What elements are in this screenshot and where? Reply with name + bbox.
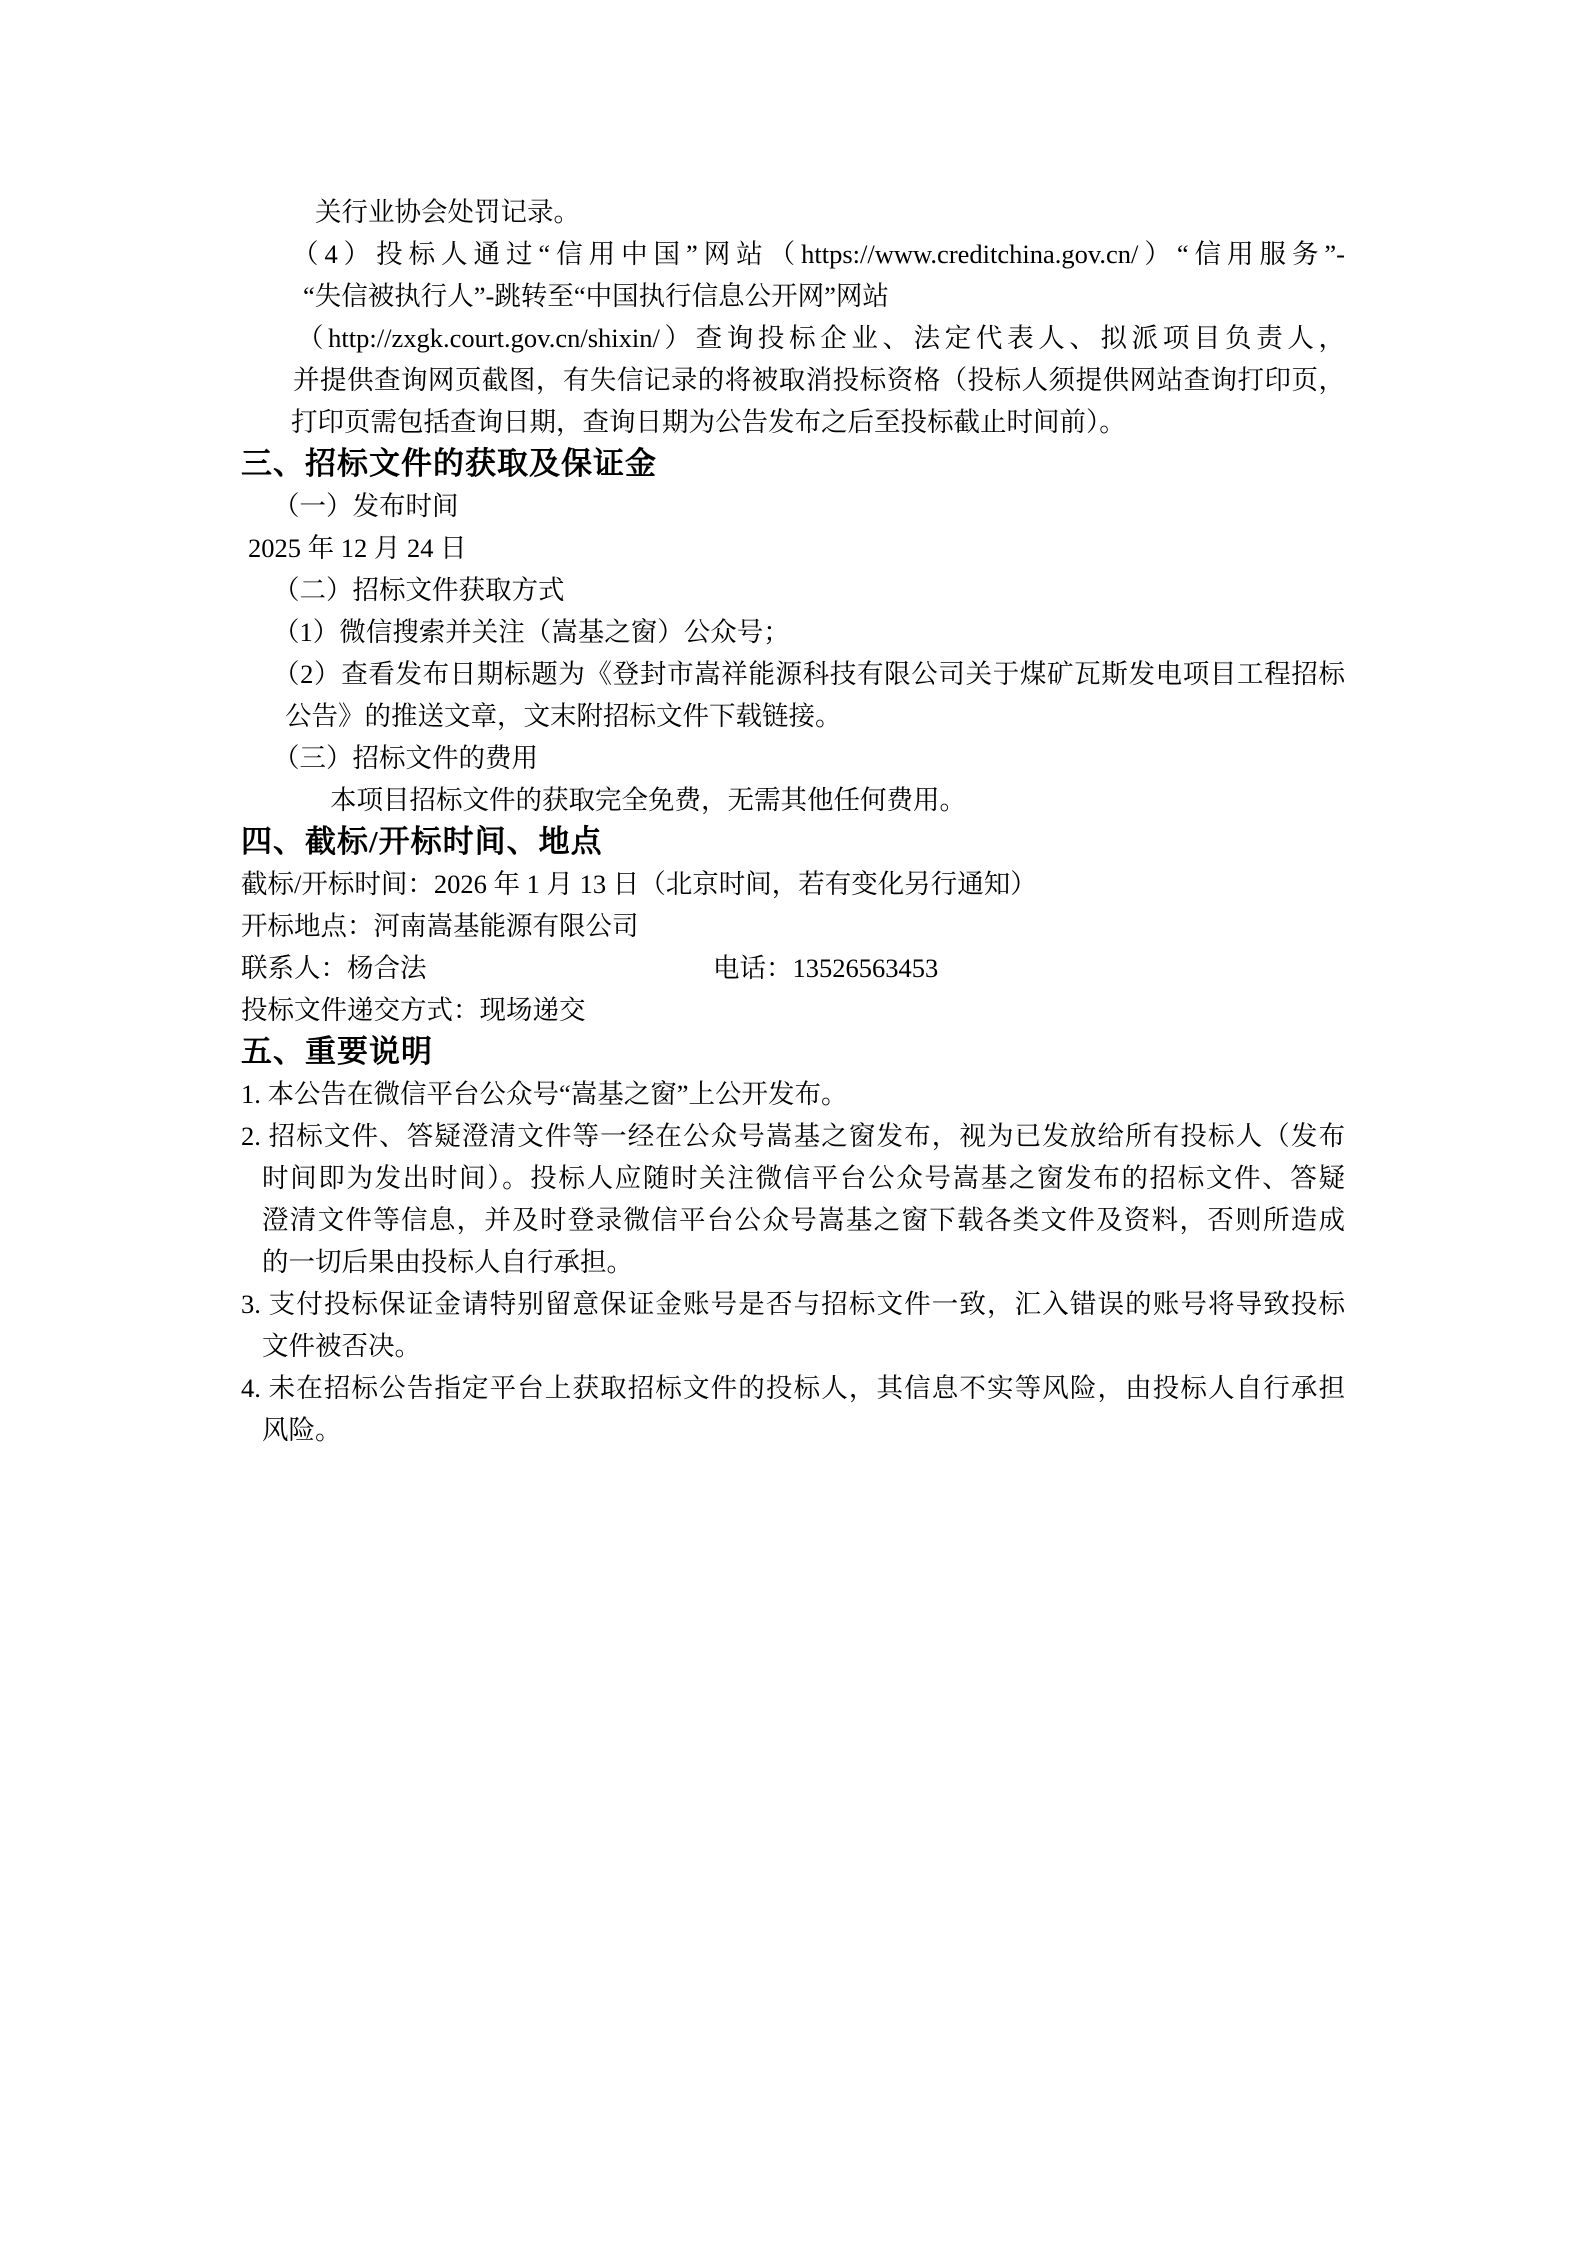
doc-line-text: （三）招标文件的费用 [273,743,538,773]
item4-line-2: “失信被执行人”-跳转至“中国执行信息公开网”网站 [303,275,1587,317]
note-4-line-1: 4. 未在招标公告指定平台上获取招标文件的投标人，其信息不实等风险，由投标人自行… [241,1367,1345,1409]
doc-line-text: 公告》的推送文章，文末附招标文件下载链接。 [285,701,842,731]
section-3-sub-2-heading: （二）招标文件获取方式 [273,569,1587,611]
submission-method-line: 投标文件递交方式：现场递交 [241,989,1587,1031]
note-3-line-2: 文件被否决。 [262,1325,1587,1367]
section-3-sub-3-heading: （三）招标文件的费用 [273,737,1587,779]
note-2-line-1: 2. 招标文件、答疑澄清文件等一经在公众号嵩基之窗发布，视为已发放给所有投标人（… [241,1115,1345,1157]
obtain-method-2-line-2: 公告》的推送文章，文末附招标文件下载链接。 [285,695,1587,737]
item4-line-1: （4）投标人通过“信用中国”网站（https://www.creditchina… [292,233,1345,275]
doc-line-text: 截标/开标时间：2026 年 1 月 13 日（北京时间，若有变化另行通知） [241,869,1037,899]
item4-line-5: 打印页需包括查询日期，查询日期为公告发布之后至投标截止时间前）。 [291,401,1587,443]
fee-statement-line: 本项目招标文件的获取完全免费，无需其他任何费用。 [330,779,1587,821]
section-5-heading: 五、重要说明 [241,1031,1587,1073]
obtain-method-1-line: （1）微信搜索并关注（嵩基之窗）公众号； [273,611,1587,653]
doc-line-text: 打印页需包括查询日期，查询日期为公告发布之后至投标截止时间前）。 [291,407,1126,437]
doc-line-text: 1. 本公告在微信平台公众号“嵩基之窗”上公开发布。 [241,1079,848,1109]
doc-line-text: 投标文件递交方式：现场递交 [241,995,586,1025]
obtain-method-2-line-1: （2）查看发布日期标题为《登封市嵩祥能源科技有限公司关于煤矿瓦斯发电项目工程招标 [273,653,1345,695]
note-1-line: 1. 本公告在微信平台公众号“嵩基之窗”上公开发布。 [241,1073,1587,1115]
item4-line-3: （http://zxgk.court.gov.cn/shixin/）查询投标企业… [297,317,1345,359]
note-4-line-2: 风险。 [262,1409,1587,1451]
note-2-line-3: 澄清文件等信息，并及时登录微信平台公众号嵩基之窗下载各类文件及资料，否则所造成 [262,1199,1345,1241]
doc-line-text: “失信被执行人”-跳转至“中国执行信息公开网”网站 [303,281,889,311]
section-3-sub-1-heading: （一）发布时间 [273,485,1587,527]
doc-line-text: （1）微信搜索并关注（嵩基之窗）公众号； [273,617,790,647]
doc-line-text: 五、重要说明 [241,1034,433,1069]
doc-line-text: 三、招标文件的获取及保证金 [241,446,657,481]
item3-continuation-line: 关行业协会处罚记录。 [315,191,1587,233]
doc-line-secondary-text: 电话：13526563453 [713,947,938,989]
deadline-time-line: 截标/开标时间：2026 年 1 月 13 日（北京时间，若有变化另行通知） [241,863,1587,905]
release-date-line: 2025 年 12 月 24 日 [248,527,1587,569]
section-3-heading: 三、招标文件的获取及保证金 [241,443,1587,485]
doc-line-text: 的一切后果由投标人自行承担。 [262,1247,633,1277]
doc-line-text: 风险。 [262,1415,342,1445]
doc-line-text: （二）招标文件获取方式 [273,575,565,605]
doc-line-text: 文件被否决。 [262,1331,421,1361]
note-3-line-1: 3. 支付投标保证金请特别留意保证金账号是否与招标文件一致，汇入错误的账号将导致… [241,1283,1345,1325]
open-location-line: 开标地点：河南嵩基能源有限公司 [241,905,1587,947]
document-body: 关行业协会处罚记录。 （4）投标人通过“信用中国”网站（https://www.… [0,191,1587,1451]
doc-line-text: 开标地点：河南嵩基能源有限公司 [241,911,639,941]
doc-line-text: 四、截标/开标时间、地点 [241,824,603,859]
doc-line-text: 本项目招标文件的获取完全免费，无需其他任何费用。 [330,785,966,815]
doc-line-text: （一）发布时间 [273,491,459,521]
document-page: 关行业协会处罚记录。 （4）投标人通过“信用中国”网站（https://www.… [0,0,1587,2245]
doc-line-text: 关行业协会处罚记录。 [315,197,580,227]
contact-line: 联系人：杨合法 电话：13526563453 [241,947,1587,989]
note-2-line-2: 时间即为发出时间）。投标人应随时关注微信平台公众号嵩基之窗发布的招标文件、答疑 [262,1157,1345,1199]
note-2-line-4: 的一切后果由投标人自行承担。 [262,1241,1587,1283]
section-4-heading: 四、截标/开标时间、地点 [241,821,1587,863]
doc-line-text: 2025 年 12 月 24 日 [248,533,467,563]
item4-line-4: 并提供查询网页截图，有失信记录的将被取消投标资格（投标人须提供网站查询打印页， [293,359,1345,401]
doc-line-text: 联系人：杨合法 [241,953,427,983]
